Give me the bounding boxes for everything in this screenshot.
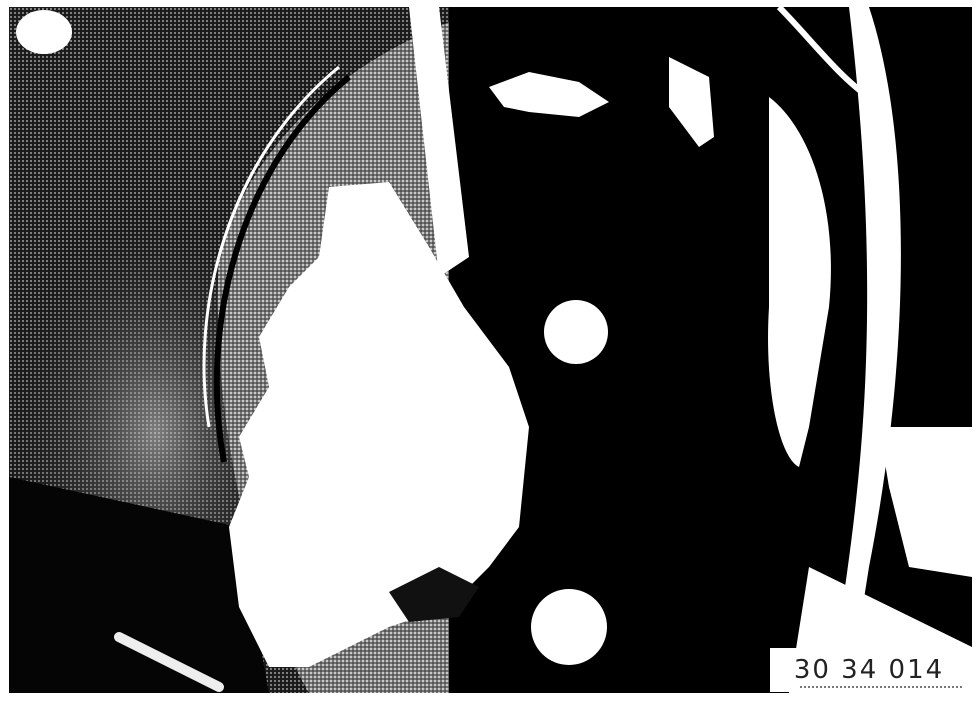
bolt-lower	[531, 589, 607, 665]
photo-id-label: 30 34 014	[770, 648, 968, 692]
photo-illustration	[9, 7, 972, 693]
bolt-upper	[544, 300, 608, 364]
label-underline	[800, 686, 962, 688]
photo-id-text: 30 34 014	[794, 655, 944, 685]
photograph	[9, 7, 972, 693]
